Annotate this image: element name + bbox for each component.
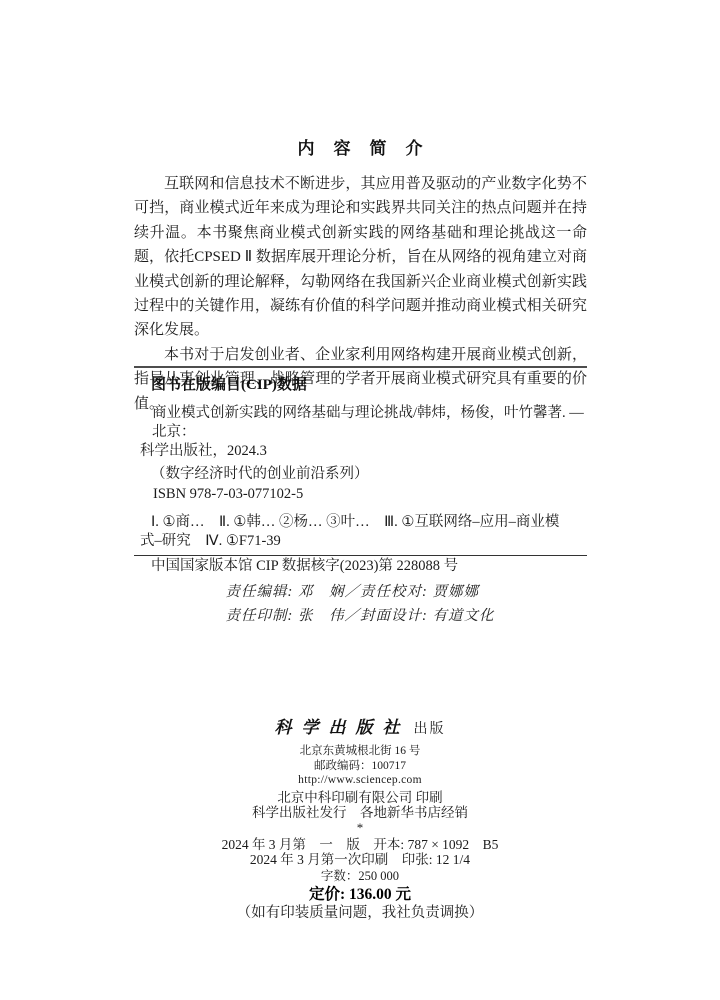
price-line: 定价: 136.00 元: [0, 885, 720, 904]
edition-line: 2024 年 3 月第 一 版 开本: 787 × 1092 B5: [0, 837, 720, 853]
cip-classification-line1: Ⅰ. ①商… Ⅱ. ①韩… ②杨… ③叶… Ⅲ. ①互联网络–应用–商业模: [151, 513, 587, 532]
cip-isbn: ISBN 978-7-03-077102-5: [153, 485, 587, 504]
cip-heading: 图书在版编目(CIP)数据: [151, 376, 587, 395]
publisher-line: 科学出版社 出版: [0, 716, 720, 742]
publisher-suffix: 出版: [414, 722, 446, 737]
cip-classification-line2: 式–研究 Ⅳ. ①F71-39: [140, 532, 587, 551]
word-count-line: 字数：250 000: [0, 868, 720, 884]
printing-line: 2024 年 3 月第一次印刷 印张: 12 1/4: [0, 852, 720, 868]
exchange-notice: （如有印装质量问题，我社负责调换）: [0, 904, 720, 922]
staff-credits-block: 责任编辑: 邓 娴／责任校对: 贾娜娜 责任印制: 张 伟／封面设计: 有道文化: [226, 580, 495, 628]
cip-description-line2: 科学出版社，2024.3: [140, 442, 587, 461]
colophon: 科学出版社 出版 北京东黄城根北街 16 号 邮政编码：100717 http:…: [0, 716, 720, 922]
credit-line-printer-designer: 责任印制: 张 伟／封面设计: 有道文化: [226, 604, 495, 628]
distribution-line: 科学出版社发行 各地新华书店经销: [0, 805, 720, 821]
cip-series-title: （数字经济时代的创业前沿系列）: [151, 465, 587, 484]
printer-line: 北京中科印刷有限公司 印刷: [0, 790, 720, 806]
credit-line-editor-proofreader: 责任编辑: 邓 娴／责任校对: 贾娜娜: [226, 580, 495, 604]
cip-description-line1: 商业模式创新实践的网络基础与理论挑战/韩炜，杨俊，叶竹馨著. —北京：: [152, 404, 587, 442]
cip-data-box: 图书在版编目(CIP)数据 商业模式创新实践的网络基础与理论挑战/韩炜，杨俊，叶…: [134, 366, 587, 556]
book-copyright-page: 内 容 简 介 互联网和信息技术不断进步，其应用普及驱动的产业数字化势不可挡，商…: [0, 0, 720, 1000]
cip-registry-number: 中国国家版本馆 CIP 数据核字(2023)第 228088 号: [151, 557, 587, 576]
section-title: 内 容 简 介: [134, 134, 587, 159]
summary-paragraph-1: 互联网和信息技术不断进步，其应用普及驱动的产业数字化势不可挡，商业模式近年来成为…: [134, 172, 587, 343]
science-press-logotype: 科学出版社: [275, 718, 410, 737]
postal-code: 邮政编码：100717: [0, 759, 720, 774]
staff-credits: 责任编辑: 邓 娴／责任校对: 贾娜娜 责任印制: 张 伟／封面设计: 有道文化: [0, 580, 720, 628]
separator-star: *: [0, 821, 720, 835]
publisher-url[interactable]: http://www.sciencep.com: [0, 773, 720, 788]
publisher-address: 北京东黄城根北街 16 号: [0, 744, 720, 759]
